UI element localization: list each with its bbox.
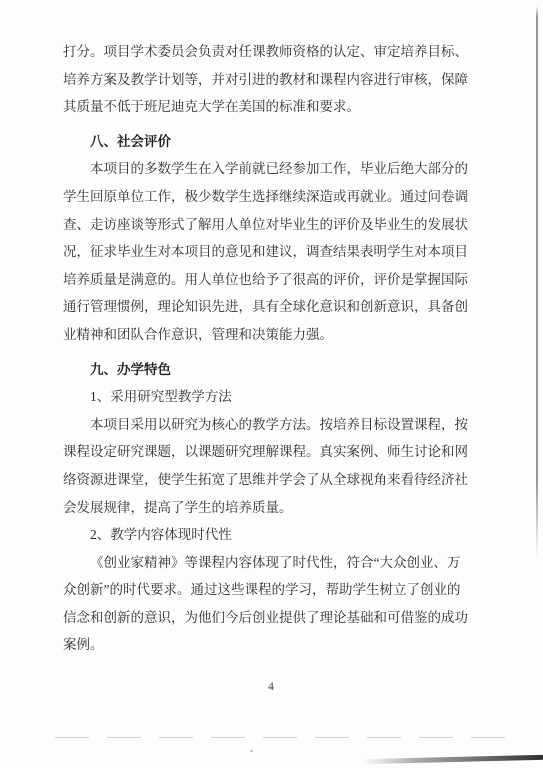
scan-fold-line: [55, 737, 507, 738]
text-line: 《创业家精神》等课程内容体现了时代性，符合“大众创业、万: [63, 549, 468, 577]
text-line: 2、教学内容体现时代性: [63, 521, 468, 549]
text-line: 打分。项目学术委员会负责对任课教师资格的认定、审定培养目标、: [63, 38, 468, 66]
document-body: 打分。项目学术委员会负责对任课教师资格的认定、审定培养目标、培养方案及教学计划等…: [63, 38, 468, 659]
text-line: 况，征求毕业生对本项目的意见和建议，调查结果表明学生对本项目: [63, 238, 468, 266]
text-line: 信念和创新的意识，为他们今后创业提供了理论基础和可借鉴的成功: [63, 604, 468, 632]
scan-speck: [250, 750, 253, 752]
text-line: 课程设定研究课题，以课题研究理解课程。真实案例、师生讨论和网: [63, 438, 468, 466]
text-line: 会发展规律，提高了学生的培养质量。: [63, 494, 468, 522]
scan-edge-vertical-line: [536, 6, 538, 558]
page-bottom-edge-shadow: [362, 755, 543, 764]
text-line: 通行管理惯例，理论知识先进，具有全球化意识和创新意识，具备创: [63, 293, 468, 321]
text-line: 本项目采用以研究为核心的教学方法。按培养目标设置课程，按: [63, 411, 468, 439]
text-line: 络资源进课堂，使学生拓宽了思维并学会了从全球视角来看待经济社: [63, 466, 468, 494]
section-heading: 九、办学特色: [63, 356, 468, 384]
page-number: 4: [0, 681, 543, 693]
text-line: 业精神和团队合作意识，管理和决策能力强。: [63, 321, 468, 349]
text-line: 查、走访座谈等形式了解用人单位对毕业生的评价及毕业生的发展状: [63, 211, 468, 239]
text-line: 1、采用研究型教学方法: [63, 383, 468, 411]
scanned-page: 打分。项目学术委员会负责对任课教师资格的认定、审定培养目标、培养方案及教学计划等…: [0, 0, 543, 768]
text-line: 培养方案及教学计划等，并对引进的教材和课程内容进行审核，保障: [63, 66, 468, 94]
text-line: 本项目的多数学生在入学前就已经参加工作，毕业后绝大部分的: [63, 155, 468, 183]
text-line: 案例。: [63, 631, 468, 659]
text-line: 其质量不低于班尼迪克大学在美国的标准和要求。: [63, 93, 468, 121]
section-heading: 八、社会评价: [63, 128, 468, 156]
text-line: 培养质量是满意的。用人单位也给予了很高的评价，评价是掌握国际: [63, 266, 468, 294]
text-line: 学生回原单位工作，极少数学生选择继续深造或再就业。通过问卷调: [63, 183, 468, 211]
text-line: 众创新”的时代要求。通过这些课程的学习，帮助学生树立了创业的: [63, 576, 468, 604]
